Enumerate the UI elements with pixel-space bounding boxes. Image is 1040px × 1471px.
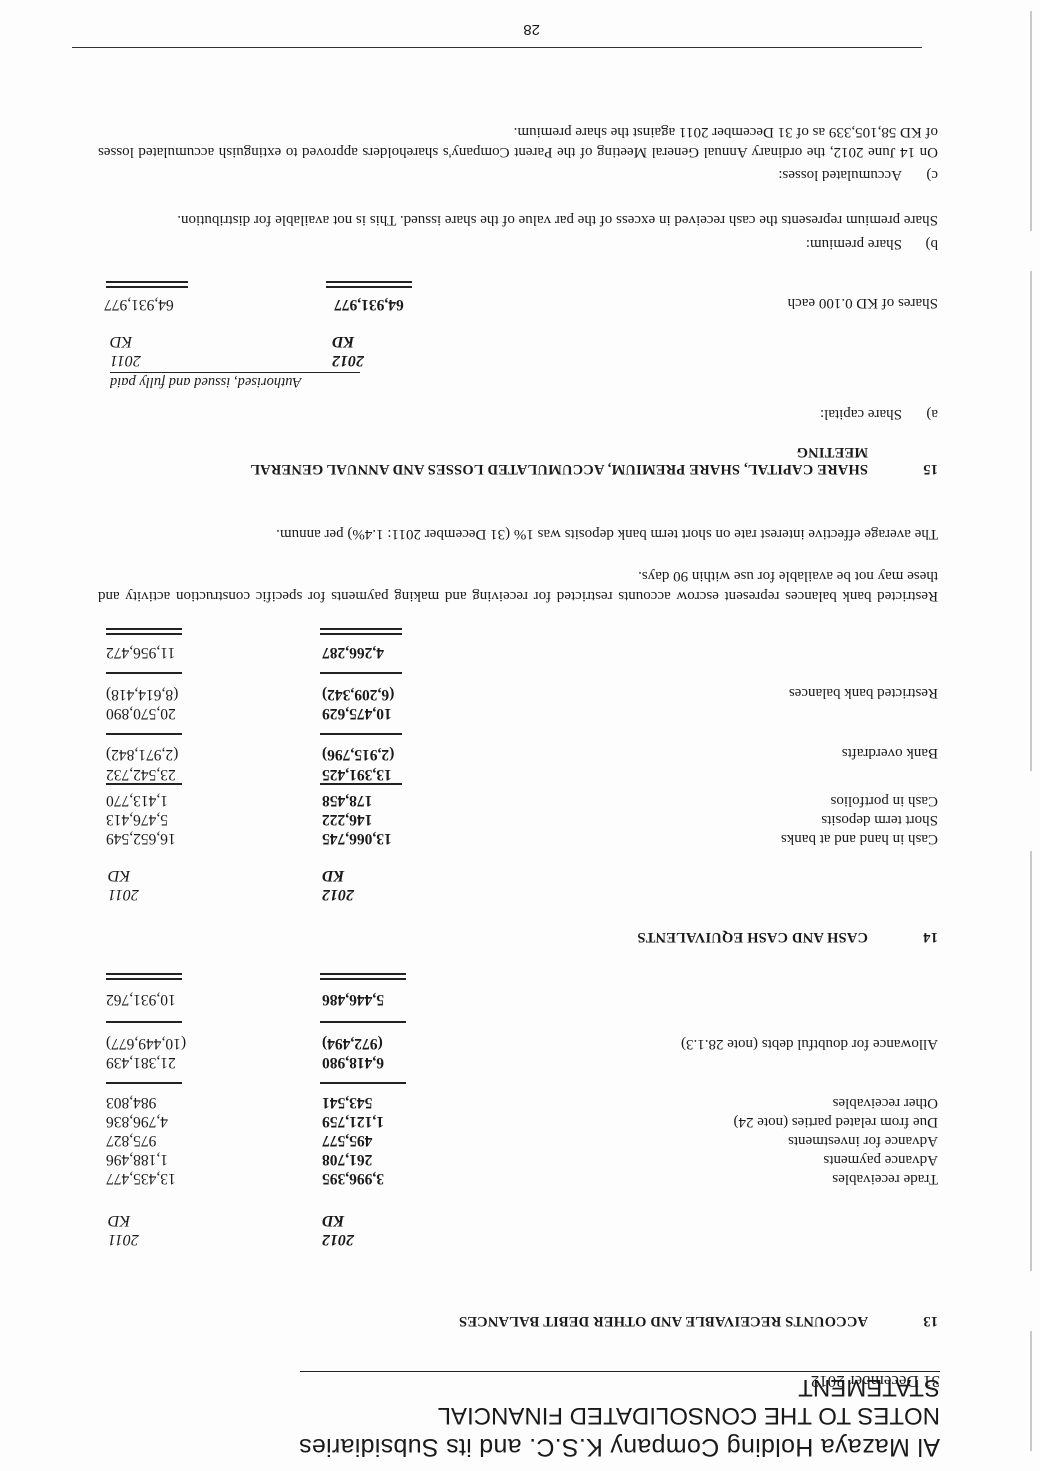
scan-edge bbox=[1030, 271, 1032, 771]
subtotal-rule bbox=[106, 733, 182, 735]
subtotal-rule bbox=[106, 1021, 182, 1023]
row-label: Bank overdrafts bbox=[842, 744, 938, 761]
row-label: Due from related parties (note 24) bbox=[734, 1113, 939, 1130]
company-name: Al Mazaya Holding Company K.S.C. and its… bbox=[299, 1432, 940, 1461]
subtotal-2011: 23,542,732 bbox=[106, 765, 216, 783]
col-2011-currency: KD bbox=[108, 866, 198, 885]
subtotal-2012: 10,475,629 bbox=[322, 704, 432, 722]
subtotal-rule bbox=[320, 733, 402, 735]
col-2012-year: 2012 bbox=[332, 351, 422, 370]
page-number: 28 bbox=[523, 21, 540, 38]
total-2011: 10,931,762 bbox=[106, 990, 216, 1008]
total-double-rule bbox=[320, 628, 402, 635]
col-2011-year: 2011 bbox=[108, 885, 198, 904]
value-2011: 1,413,770 bbox=[106, 791, 216, 809]
value-2012: 261,708 bbox=[322, 1150, 432, 1168]
row-label: Short term deposits bbox=[821, 811, 938, 828]
share-capital-2012: 64,931,977 bbox=[334, 295, 444, 313]
row-label: Trade receivables bbox=[832, 1170, 938, 1187]
col-2012-currency: KD bbox=[322, 866, 412, 885]
value-2011: 975,827 bbox=[106, 1131, 216, 1149]
note-title: SHARE CAPITAL, SHARE PREMIUM, ACCUMULATE… bbox=[250, 461, 868, 477]
item-label: Share premium: bbox=[806, 236, 902, 252]
total-2012: 4,266,287 bbox=[322, 643, 432, 661]
allowance-2011: (10,449,677) bbox=[106, 1034, 216, 1052]
row-label: Restricted bank balances bbox=[789, 684, 938, 701]
subtotal-2011: 21,381,439 bbox=[106, 1053, 216, 1071]
note-number: 13 bbox=[868, 1312, 938, 1329]
total-double-rule bbox=[106, 973, 182, 980]
share-premium-subheading: b)Share premium: bbox=[806, 235, 938, 252]
col-2011-currency: KD bbox=[110, 332, 200, 351]
note-title-continued: MEETING bbox=[250, 443, 938, 460]
scan-edge bbox=[1030, 1331, 1032, 1451]
total-2011: 11,956,472 bbox=[106, 643, 216, 661]
interest-rate-note: The average effective interest rate on s… bbox=[98, 524, 938, 544]
note-title: CASH AND CASH EQUIVALENTS bbox=[637, 929, 868, 945]
row-label: Allowance for doubtful debts (note 28.1.… bbox=[681, 1035, 938, 1052]
note-15-heading: 15SHARE CAPITAL, SHARE PREMIUM, ACCUMULA… bbox=[250, 443, 938, 477]
row-label: Other receivables bbox=[833, 1094, 938, 1111]
item-label: Share capital: bbox=[820, 406, 902, 422]
total-double-rule bbox=[106, 281, 188, 288]
row-label: Advance payments bbox=[823, 1151, 938, 1168]
document-page: Al Mazaya Holding Company K.S.C. and its… bbox=[0, 0, 1040, 1471]
overdrafts-2011: (2,971,842) bbox=[106, 745, 216, 763]
restricted-2011: (8,614,418) bbox=[106, 685, 216, 703]
accumulated-losses-subheading: c)Accumulated losses: bbox=[778, 166, 938, 183]
subtotal-2012: 13,391,425 bbox=[322, 765, 432, 783]
col-2011-year: 2011 bbox=[108, 1230, 198, 1249]
value-2011: 16,652,549 bbox=[106, 829, 216, 847]
item-letter: a) bbox=[902, 405, 938, 422]
col-2011-year: 2011 bbox=[110, 351, 200, 370]
value-2012: 178,458 bbox=[322, 791, 432, 809]
total-double-rule bbox=[326, 281, 412, 288]
scan-edge bbox=[1030, 851, 1032, 1271]
share-capital-subheading: a)Share capital: bbox=[820, 405, 938, 422]
col-2012-year: 2012 bbox=[322, 885, 412, 904]
subtotal-rule bbox=[320, 783, 402, 785]
document-date: 31 December 2012 bbox=[811, 1371, 940, 1391]
value-2012: 543,541 bbox=[322, 1093, 432, 1111]
subtotal-rule bbox=[320, 1082, 406, 1084]
restricted-balances-note: Restricted bank balances represent escro… bbox=[98, 566, 938, 606]
footer-rule bbox=[72, 47, 922, 48]
subtotal-rule bbox=[106, 1082, 182, 1084]
share-capital-caption: Authorised, issued and fully paid bbox=[110, 372, 360, 390]
value-2012: 146,222 bbox=[322, 810, 432, 828]
overdrafts-2012: (2,915,796) bbox=[322, 745, 432, 763]
note-14-heading: 14CASH AND CASH EQUIVALENTS bbox=[637, 928, 938, 945]
item-letter: b) bbox=[902, 235, 938, 252]
value-2012: 3,996,395 bbox=[322, 1169, 432, 1187]
subtotal-rule bbox=[320, 1021, 406, 1023]
row-label: Cash in portfolios bbox=[831, 792, 939, 809]
row-label: Shares of KD 0.100 each bbox=[788, 294, 938, 311]
col-2011-currency: KD bbox=[108, 1211, 198, 1230]
note-number: 15 bbox=[868, 460, 938, 477]
subtotal-rule bbox=[106, 672, 182, 674]
value-2012: 495,577 bbox=[322, 1131, 432, 1149]
col-2012-currency: KD bbox=[332, 332, 422, 351]
subtotal-rule bbox=[106, 783, 182, 785]
value-2012: 1,121,759 bbox=[322, 1112, 432, 1130]
value-2012: 13,066,745 bbox=[322, 829, 432, 847]
note-13-heading: 13ACCOUNTS RECEIVABLE AND OTHER DEBIT BA… bbox=[459, 1312, 938, 1329]
row-label: Advance for investments bbox=[788, 1132, 938, 1149]
value-2011: 4,796,836 bbox=[106, 1112, 216, 1130]
total-double-rule bbox=[320, 973, 406, 980]
item-label: Accumulated losses: bbox=[778, 167, 902, 183]
subtotal-2011: 20,570,890 bbox=[106, 704, 216, 722]
subtotal-rule bbox=[320, 672, 402, 674]
accumulated-losses-text: On 14 June 2012, the ordinary Annual Gen… bbox=[98, 122, 938, 162]
item-letter: c) bbox=[902, 166, 938, 183]
value-2011: 5,476,413 bbox=[106, 810, 216, 828]
total-double-rule bbox=[106, 628, 182, 635]
subtotal-2012: 6,418,980 bbox=[322, 1053, 432, 1071]
row-label: Cash in hand and at banks bbox=[781, 830, 938, 847]
col-2012-currency: KD bbox=[322, 1211, 412, 1230]
col-2012-year: 2012 bbox=[322, 1230, 412, 1249]
allowance-2012: (972,494) bbox=[322, 1034, 432, 1052]
total-2012: 5,446,486 bbox=[322, 990, 432, 1008]
share-capital-2011: 64,931,977 bbox=[104, 295, 214, 313]
restricted-2012: (6,209,342) bbox=[322, 685, 432, 703]
value-2011: 984,803 bbox=[106, 1093, 216, 1111]
value-2011: 13,435,477 bbox=[106, 1169, 216, 1187]
share-premium-text: Share premium represents the cash receiv… bbox=[98, 210, 938, 230]
note-title: ACCOUNTS RECEIVABLE AND OTHER DEBIT BALA… bbox=[459, 1313, 868, 1329]
scan-edge bbox=[1030, 11, 1032, 231]
note-number: 14 bbox=[868, 928, 938, 945]
value-2011: 1,188,496 bbox=[106, 1150, 216, 1168]
